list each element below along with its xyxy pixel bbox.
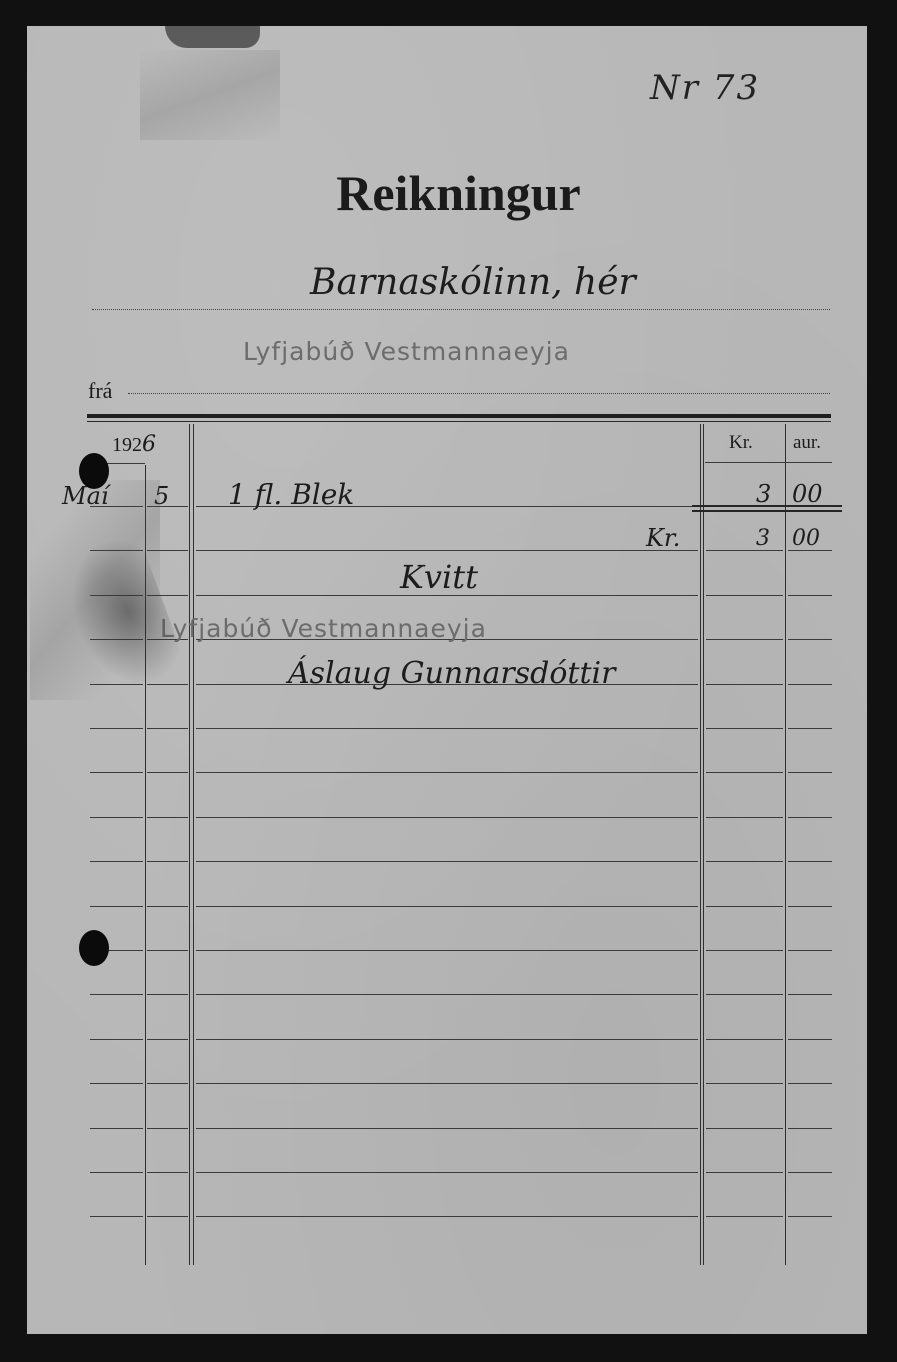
ruled-line bbox=[788, 994, 832, 995]
table-top-thick-rule bbox=[87, 414, 831, 418]
ruled-line bbox=[706, 994, 783, 995]
total-double-underline-top bbox=[692, 505, 842, 507]
table-top-thin-rule bbox=[87, 421, 831, 422]
ink-blot bbox=[165, 26, 260, 48]
ruled-line bbox=[196, 1172, 698, 1173]
ruled-line bbox=[196, 1216, 698, 1217]
ruled-line bbox=[90, 994, 143, 995]
ruled-line bbox=[196, 906, 698, 907]
signature: Áslaug Gunnarsdóttir bbox=[288, 656, 615, 691]
ruled-line bbox=[706, 861, 783, 862]
ruled-line bbox=[706, 1039, 783, 1040]
ruled-line bbox=[147, 950, 188, 951]
ruled-line bbox=[788, 595, 832, 596]
ruled-line bbox=[788, 1172, 832, 1173]
ruled-line bbox=[196, 817, 698, 818]
total-double-underline-bottom bbox=[692, 510, 842, 512]
paid-mark: Kvitt bbox=[400, 558, 478, 596]
ruled-line bbox=[90, 861, 143, 862]
ruled-line bbox=[788, 1083, 832, 1084]
column-divider-date-desc-a bbox=[189, 424, 190, 1265]
sender-dotted-line bbox=[128, 393, 830, 394]
ruled-line bbox=[706, 639, 783, 640]
ruled-line bbox=[196, 994, 698, 995]
ruled-line bbox=[196, 772, 698, 773]
entry-description: 1 fl. Blek bbox=[228, 478, 354, 511]
total-aur: 00 bbox=[792, 526, 820, 551]
ruled-line bbox=[90, 817, 143, 818]
ruled-line bbox=[706, 1128, 783, 1129]
column-divider-date-desc-b bbox=[193, 424, 194, 1265]
ruled-line bbox=[147, 1216, 188, 1217]
ruled-line bbox=[196, 1083, 698, 1084]
column-header-kr: Kr. bbox=[729, 432, 753, 454]
ruled-line bbox=[90, 906, 143, 907]
from-label: frá bbox=[88, 378, 112, 404]
year-prefix: 192 bbox=[112, 434, 142, 456]
year-label: 1926 bbox=[112, 432, 156, 457]
ruled-line bbox=[788, 1128, 832, 1129]
receipt-stamp: Lyfjabúð Vestmannaeyja bbox=[160, 614, 487, 643]
ruled-line bbox=[706, 1083, 783, 1084]
ruled-line bbox=[788, 817, 832, 818]
ruled-line bbox=[788, 772, 832, 773]
ruled-line bbox=[706, 1172, 783, 1173]
column-divider-kr-aur bbox=[785, 424, 786, 1265]
ruled-line bbox=[147, 817, 188, 818]
punch-hole-bottom bbox=[79, 930, 109, 966]
column-divider-desc-kr-a bbox=[700, 424, 701, 1265]
punch-hole-top bbox=[79, 453, 109, 489]
ruled-line bbox=[90, 1128, 143, 1129]
ruled-line bbox=[706, 684, 783, 685]
ruled-line bbox=[90, 1039, 143, 1040]
ruled-line bbox=[788, 639, 832, 640]
ruled-line bbox=[706, 817, 783, 818]
ruled-line bbox=[90, 728, 143, 729]
ruled-line bbox=[147, 1039, 188, 1040]
ruled-line bbox=[706, 550, 783, 551]
ruled-line bbox=[90, 1083, 143, 1084]
entry-aur: 00 bbox=[792, 480, 823, 508]
ruled-line bbox=[706, 950, 783, 951]
ruled-line bbox=[788, 861, 832, 862]
ruled-line bbox=[706, 595, 783, 596]
ruled-line bbox=[196, 861, 698, 862]
header-separator-amount bbox=[705, 462, 832, 463]
ruled-line bbox=[147, 728, 188, 729]
ruled-line bbox=[147, 906, 188, 907]
ruled-line bbox=[196, 950, 698, 951]
column-divider-desc-kr-b bbox=[703, 424, 704, 1265]
invoice-number: Nr 73 bbox=[650, 68, 760, 108]
addressee-dotted-line bbox=[92, 309, 830, 310]
ruled-line bbox=[147, 1083, 188, 1084]
ruled-line bbox=[788, 728, 832, 729]
total-label: Kr. bbox=[646, 524, 680, 552]
ruled-line bbox=[196, 1039, 698, 1040]
entry-kr: 3 bbox=[756, 480, 771, 508]
ruled-line bbox=[147, 994, 188, 995]
sender-stamp: Lyfjabúð Vestmannaeyja bbox=[243, 337, 570, 366]
ruled-line bbox=[90, 1172, 143, 1173]
year-digit: 6 bbox=[142, 432, 156, 457]
ruled-line bbox=[706, 1216, 783, 1217]
ruled-line bbox=[147, 1128, 188, 1129]
total-kr: 3 bbox=[756, 526, 770, 551]
ruled-line bbox=[196, 1128, 698, 1129]
addressee-handwritten: Barnaskólinn, hér bbox=[310, 262, 636, 303]
document-title: Reikningur bbox=[10, 164, 897, 222]
ruled-line bbox=[90, 1216, 143, 1217]
ruled-line bbox=[788, 906, 832, 907]
ruled-line bbox=[90, 772, 143, 773]
ruled-line bbox=[788, 950, 832, 951]
ink-smear bbox=[140, 50, 280, 140]
column-header-aur: aur. bbox=[793, 432, 821, 454]
ruled-line bbox=[788, 1216, 832, 1217]
ruled-line bbox=[147, 1172, 188, 1173]
ruled-line bbox=[706, 772, 783, 773]
ruled-line bbox=[788, 1039, 832, 1040]
ruled-line bbox=[147, 772, 188, 773]
ruled-line bbox=[706, 906, 783, 907]
ruled-line bbox=[196, 728, 698, 729]
ruled-line bbox=[147, 861, 188, 862]
ruled-line bbox=[706, 728, 783, 729]
ruled-line bbox=[788, 684, 832, 685]
ruled-line bbox=[196, 550, 698, 551]
